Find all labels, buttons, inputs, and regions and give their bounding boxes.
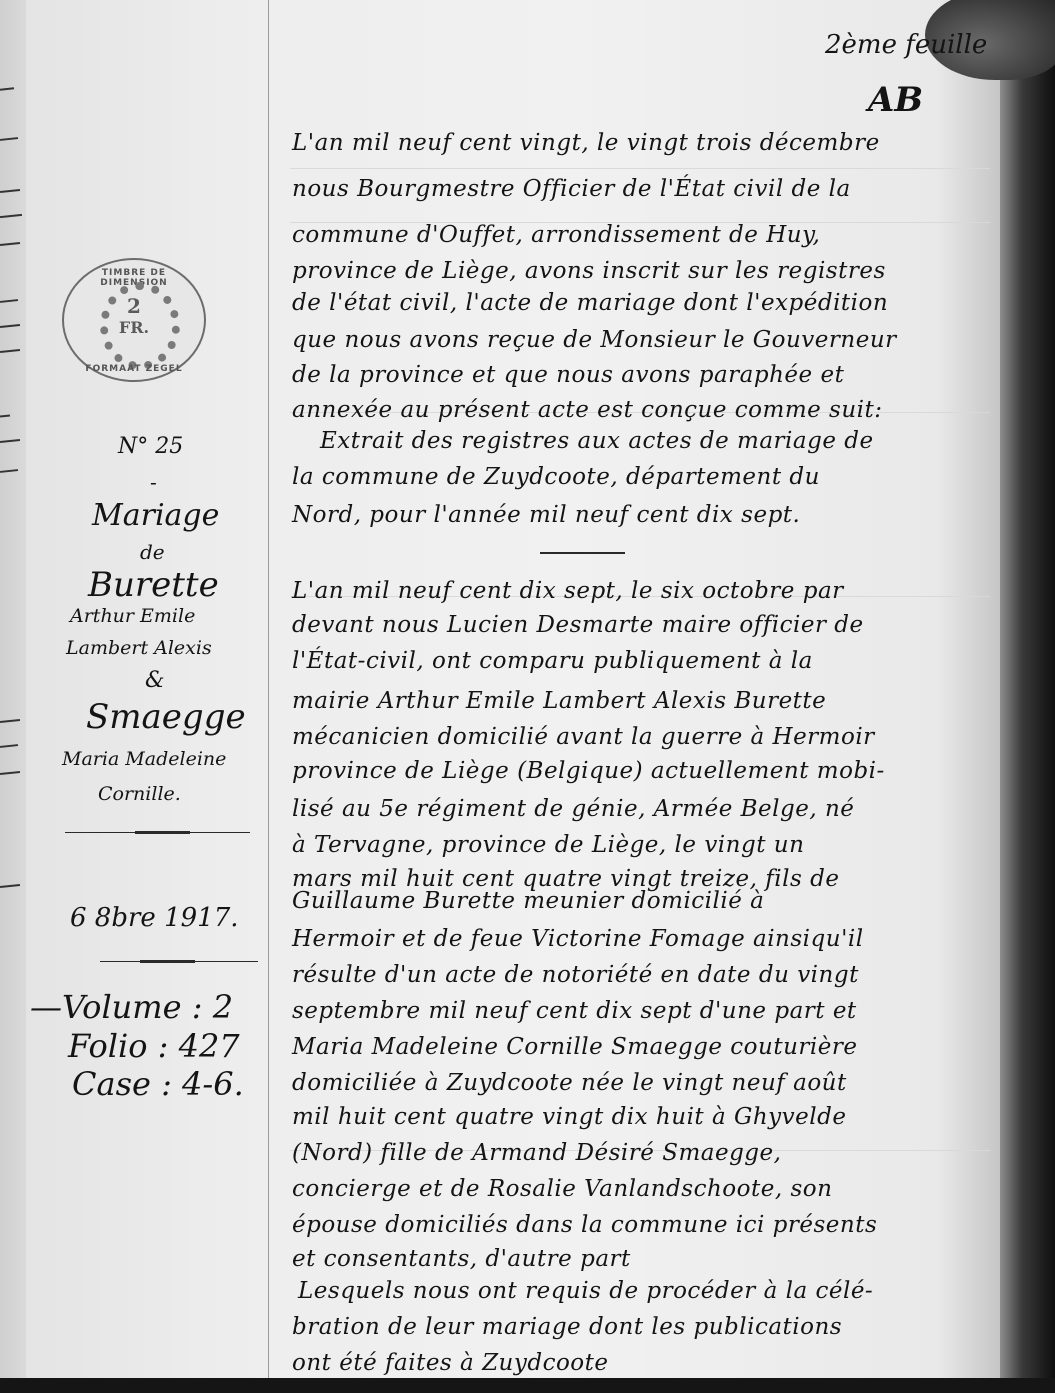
body-line: Nord, pour l'année mil neuf cent dix sep… [292,502,800,528]
body-line: (Nord) fille de Armand Désiré Smaegge, [292,1140,781,1166]
body-line: ont été faites à Zuydcoote [292,1350,609,1376]
body-line: Guillaume Burette meunier domicilié à [292,888,764,914]
volume-row: —Volume : 2 [30,988,233,1026]
body-line: province de Liège (Belgique) actuellemen… [292,758,885,784]
handwriting-fragment [0,189,20,193]
page-bottom-edge [0,1378,1055,1393]
handwriting-fragment [0,324,20,328]
bride-given-names-1: Maria Madeleine [62,748,226,770]
bride-given-names-2: Cornille. [98,783,181,805]
handwriting-fragment [0,469,18,473]
margin-title: Mariage [92,498,219,533]
folio-label: Folio [68,1027,147,1065]
body-line: province de Liège, avons inscrit sur les… [292,258,886,284]
stamp-value: 2 [64,296,204,316]
body-line: L'an mil neuf cent dix sept, le six octo… [292,578,844,604]
book-binding-shadow [1000,40,1055,1393]
body-line: commune d'Ouffet, arrondissement de Huy, [292,222,820,248]
folio-row: Folio : 427 [68,1027,240,1065]
initials-signature: AB [868,80,923,120]
body-line: Extrait des registres aux actes de maria… [320,428,874,454]
fiscal-stamp: TIMBRE DE DIMENSION 2 FR. FORMAAT ZEGEL [62,258,206,382]
body-line: mairie Arthur Emile Lambert Alexis Buret… [292,688,826,714]
body-line: bration de leur mariage dont les publica… [292,1314,842,1340]
groom-surname: Burette [88,565,219,605]
groom-given-names-1: Arthur Emile [70,605,195,627]
body-line: Lesquels nous ont requis de procéder à l… [298,1278,873,1304]
case-row: Case : 4-6. [72,1065,244,1103]
body-line: épouse domiciliés dans la commune ici pr… [292,1212,877,1238]
volume-label-text: Volume [62,988,182,1026]
body-line: concierge et de Rosalie Vanlandschoote, … [292,1176,832,1202]
handwriting-fragment [0,242,20,246]
handwriting-fragment [0,414,10,417]
groom-given-names-2: Lambert Alexis [66,637,212,659]
stamp-bottom-text: FORMAAT ZEGEL [76,364,192,374]
body-line: Maria Madeleine Cornille Smaegge couturi… [292,1034,857,1060]
handwriting-fragment [0,214,22,218]
handwriting-fragment [0,299,18,303]
bride-surname: Smaegge [86,697,246,737]
body-line: Hermoir et de feue Victorine Fomage ains… [292,926,864,952]
folio-value: 427 [179,1027,240,1065]
margin-dash: - [150,470,157,494]
previous-page-edge [0,0,27,1393]
margin-of: de [140,540,165,564]
body-line: L'an mil neuf cent vingt, le vingt trois… [292,130,880,156]
body-line: mécanicien domicilié avant la guerre à H… [292,724,875,750]
body-line: l'État-civil, ont comparu publiquement à… [292,648,813,674]
body-line: de l'état civil, l'acte de mariage dont … [292,290,888,316]
ruled-line [290,168,990,169]
body-line: devant nous Lucien Desmarte maire offici… [292,612,864,638]
handwriting-fragment [0,439,20,443]
ampersand: & [145,668,165,693]
body-line: annexée au présent acte est conçue comme… [292,397,883,423]
section-separator [540,552,625,554]
volume-value: 2 [213,988,233,1026]
act-date: 6 8bre 1917. [70,903,239,933]
case-value: 4-6. [182,1065,244,1103]
body-line: à Tervagne, province de Liège, le vingt … [292,832,804,858]
stamp-unit: FR. [64,318,204,337]
body-line: la commune de Zuydcoote, département du [292,464,820,490]
handwriting-fragment [0,884,20,888]
body-line: lisé au 5e régiment de génie, Armée Belg… [292,796,854,822]
body-line: mil huit cent quatre vingt dix huit à Gh… [292,1104,846,1130]
margin-separator-bold [135,831,190,834]
volume-label: — [30,988,62,1026]
act-number: N° 25 [118,434,183,459]
handwriting-fragment [0,744,18,748]
body-line: nous Bourgmestre Officier de l'État civi… [292,176,851,202]
body-line: et consentants, d'autre part [292,1246,631,1272]
body-line: septembre mil neuf cent dix sept d'une p… [292,998,857,1024]
handwriting-fragment [0,349,20,353]
body-line: de la province et que nous avons paraphé… [292,362,844,388]
margin-separator-bold [140,960,195,963]
handwriting-fragment [0,771,20,775]
body-line: résulte d'un acte de notoriété en date d… [292,962,859,988]
handwriting-fragment [0,719,20,723]
colon: : [151,1065,182,1103]
margin-rule [268,0,269,1380]
body-line: domiciliée à Zuydcoote née le vingt neuf… [292,1070,847,1096]
sheet-number-note: 2ème feuille [825,30,987,60]
colon: : [182,988,213,1026]
case-label: Case [72,1065,151,1103]
handwriting-fragment [0,137,18,141]
colon: : [147,1027,178,1065]
handwriting-fragment [0,87,14,90]
body-line: que nous avons reçue de Monsieur le Gouv… [292,327,897,353]
